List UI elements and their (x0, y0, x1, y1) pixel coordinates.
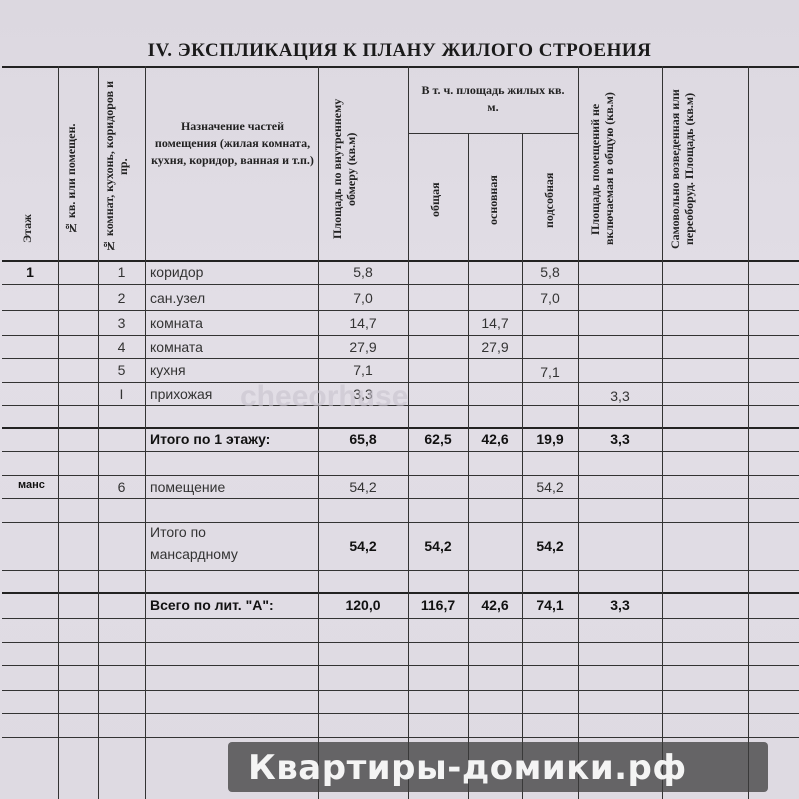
column-divider (468, 133, 469, 799)
column-divider (748, 66, 749, 799)
table-top-border (2, 66, 799, 68)
attic-purpose: помещение (150, 479, 315, 495)
group-header-divider (408, 133, 578, 134)
header-total: общая (428, 170, 446, 230)
row-divider (2, 427, 799, 429)
row-divider (2, 570, 799, 571)
column-divider (145, 66, 146, 799)
header-living-area-group: В т. ч. площадь жилых кв. м. (418, 82, 568, 116)
header-auxiliary: подсобная (542, 160, 560, 240)
document-page: IV. ЭКСПЛИКАЦИЯ К ПЛАНУ ЖИЛОГО СТРОЕНИЯ … (0, 0, 799, 799)
grand-total-main: 42,6 (468, 597, 522, 613)
attic-aux: 54,2 (522, 479, 578, 495)
row-divider (2, 592, 799, 594)
row-divider (2, 310, 799, 311)
header-unauthorized-area: Самовольно возведенная или переоборуд. П… (668, 80, 744, 258)
header-purpose: Назначение частей помещения (жилая комна… (150, 118, 315, 169)
attic-room-no: 6 (98, 479, 145, 495)
header-floor: Этаж (20, 200, 38, 258)
subtotal-attic-label-line2: мансардному (150, 546, 315, 562)
subtotal-floor1-label: Итого по 1 этажу: (150, 431, 318, 447)
row-divider (2, 522, 799, 523)
site-banner-text: Квартиры-домики.рф (248, 748, 687, 788)
row-main: 14,7 (468, 315, 522, 331)
row-area: 27,9 (318, 339, 408, 355)
grand-total-total: 116,7 (408, 597, 468, 613)
row-excluded: 3,3 (578, 388, 662, 404)
subtotal-floor1-excluded: 3,3 (578, 431, 662, 447)
row-main: 27,9 (468, 339, 522, 355)
row-room-no: 2 (98, 290, 145, 306)
row-divider (2, 284, 799, 285)
column-divider (662, 66, 663, 799)
row-room-no: I (98, 386, 145, 402)
watermark-text: cheeorhuse (240, 380, 408, 414)
header-apt-no: № кв. или помещен. (64, 100, 94, 258)
column-divider (58, 66, 59, 799)
grand-total-aux: 74,1 (522, 597, 578, 613)
row-divider (2, 690, 799, 691)
row-area: 7,1 (318, 362, 408, 378)
document-title: IV. ЭКСПЛИКАЦИЯ К ПЛАНУ ЖИЛОГО СТРОЕНИЯ (0, 40, 799, 62)
row-aux: 7,0 (522, 290, 578, 306)
row-purpose: кухня (150, 362, 315, 378)
attic-area: 54,2 (318, 479, 408, 495)
subtotal-floor1-total: 62,5 (408, 431, 468, 447)
header-excluded-area: Площадь помещений не включаемая в общую … (588, 80, 652, 258)
row-purpose: сан.узел (150, 290, 315, 306)
row-divider (2, 713, 799, 714)
row-divider (2, 665, 799, 666)
row-divider (2, 498, 799, 499)
grand-total-area: 120,0 (318, 597, 408, 613)
row-purpose: комната (150, 339, 315, 355)
subtotal-floor1-area: 65,8 (318, 431, 408, 447)
row-room-no: 1 (98, 264, 145, 280)
row-area: 5,8 (318, 264, 408, 280)
subtotal-attic-total: 54,2 (408, 538, 468, 554)
row-area: 7,0 (318, 290, 408, 306)
subtotal-floor1-main: 42,6 (468, 431, 522, 447)
row-room-no: 4 (98, 339, 145, 355)
row-divider (2, 642, 799, 643)
header-room-no: № комнат, кухонь, коридоров и пр. (102, 76, 142, 258)
row-divider (2, 737, 799, 738)
row-room-no: 5 (98, 362, 145, 378)
subtotal-floor1-aux: 19,9 (522, 431, 578, 447)
subtotal-attic-aux: 54,2 (522, 538, 578, 554)
row-aux: 7,1 (522, 364, 578, 380)
row-purpose: коридор (150, 264, 315, 280)
row-floor: 1 (2, 264, 58, 280)
attic-floor: манс (18, 479, 58, 491)
row-divider (2, 335, 799, 336)
header-area-internal: Площадь по внутреннему обмеру (кв.м) (330, 80, 396, 258)
row-purpose: комната (150, 315, 315, 331)
row-aux: 5,8 (522, 264, 578, 280)
row-area: 14,7 (318, 315, 408, 331)
row-divider (2, 451, 799, 452)
column-divider (522, 133, 523, 799)
grand-total-label: Всего по лит. "А": (150, 597, 318, 613)
row-room-no: 3 (98, 315, 145, 331)
header-main: основная (486, 160, 504, 240)
row-divider (2, 475, 799, 476)
subtotal-attic-label-line1: Итого по (150, 524, 315, 540)
column-divider (98, 66, 99, 799)
row-divider (2, 618, 799, 619)
row-divider (2, 358, 799, 359)
subtotal-attic-area: 54,2 (318, 538, 408, 554)
header-bottom-border (2, 260, 799, 262)
grand-total-excluded: 3,3 (578, 597, 662, 613)
